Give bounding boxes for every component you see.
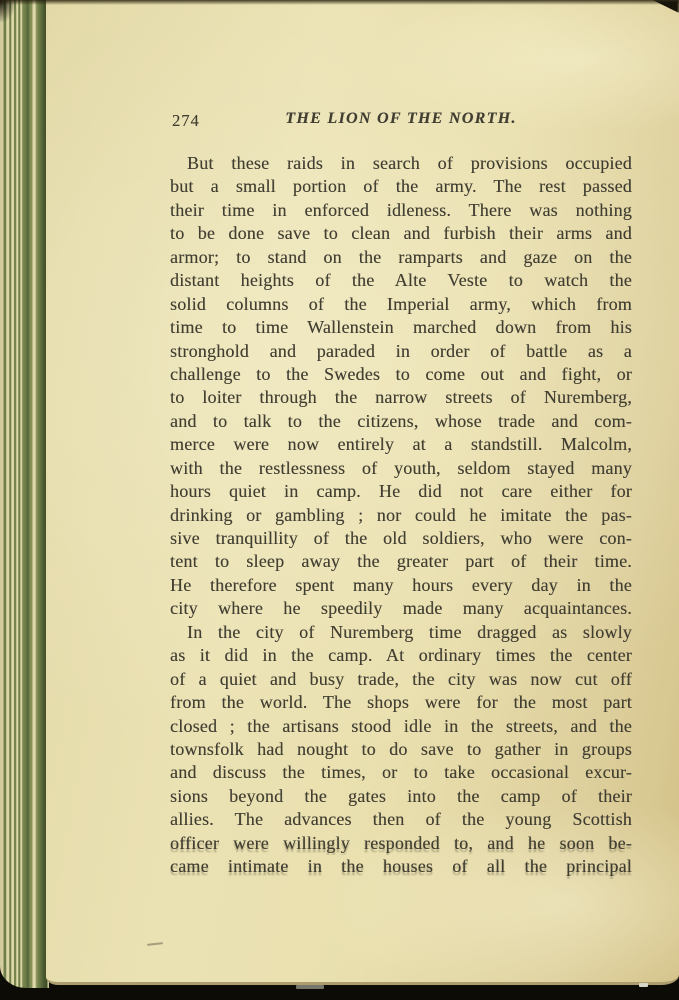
text-line: armor; to stand on the ramparts and gaze… [170,246,632,269]
page-header: 274 THE LION OF THE NORTH. [170,110,632,132]
scanner-strip-mark [296,985,324,989]
text-line: townsfolk had nought to do save to gathe… [170,738,632,761]
text-line: distant heights of the Alte Veste to wat… [170,269,632,292]
text-line: of a quiet and busy trade, the city was … [170,668,632,691]
page-body-text: But these raids in search of provisions … [170,152,632,879]
text-line: with the restlessness of youth, seldom s… [170,457,632,480]
page-number: 274 [172,111,200,131]
text-line: drinking or gambling ; nor could he imit… [170,504,632,527]
text-line: as it did in the camp. At ordinary times… [170,644,632,667]
scan-top-shadow [0,0,679,5]
text-line: closed ; the artisans stood idle in the … [170,715,632,738]
text-line: and to talk to the citizens, whose trade… [170,410,632,433]
text-line: hours quiet in camp. He did not care eit… [170,480,632,503]
text-line: to loiter through the narrow streets of … [170,386,632,409]
text-line: solid columns of the Imperial army, whic… [170,293,632,316]
running-title: THE LION OF THE NORTH. [170,110,632,128]
text-line: their time in enforced idleness. There w… [170,199,632,222]
text-line: officer were willingly responded to, and… [170,832,632,855]
text-line: stronghold and paraded in order of battl… [170,340,632,363]
scanner-strip-speck [639,983,648,987]
text-line: sions beyond the gates into the camp of … [170,785,632,808]
text-line: to be done save to clean and furbish the… [170,222,632,245]
text-line: But these raids in search of provisions … [170,152,632,175]
text-line: tent to sleep away the greater part of t… [170,550,632,573]
book-page-paper: 274 THE LION OF THE NORTH. But these rai… [46,0,679,985]
text-line: In the city of Nuremberg time dragged as… [170,621,632,644]
text-line: and discuss the times, or to take occasi… [170,761,632,784]
text-line: challenge to the Swedes to come out and … [170,363,632,386]
text-line: came intimate in the houses of all the p… [170,855,632,878]
book-page-edges [0,0,49,988]
text-line: merce were now entirely at a standstill.… [170,433,632,456]
text-line: city where he speedily made many acquain… [170,597,632,620]
text-line: He therefore spent many hours every day … [170,574,632,597]
scanned-book-page: 274 THE LION OF THE NORTH. But these rai… [0,0,679,1000]
text-line: from the world. The shops were for the m… [170,691,632,714]
text-line: allies. The advances then of the young S… [170,808,632,831]
text-line: time to time Wallenstein marched down fr… [170,316,632,339]
text-line: sive tranquillity of the old soldiers, w… [170,527,632,550]
text-line: but a small portion of the army. The res… [170,175,632,198]
